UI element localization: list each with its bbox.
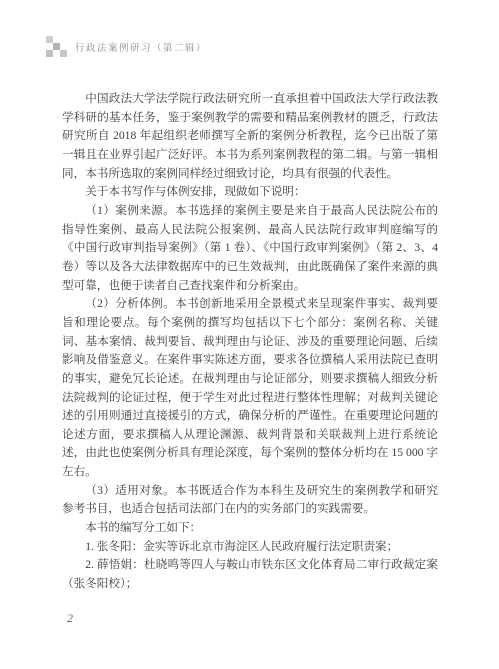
paragraph: （1）案例来源。本书选择的案例主要是来自于最高人民法院公布的指导性案例、最高人民… xyxy=(62,202,438,295)
body-text: 中国政法大学法学院行政法研究所一直承担着中国政法大学行政法教学科研的基本任务，鉴… xyxy=(62,90,438,594)
running-header: 行政法案例研习（第二辑） xyxy=(45,36,207,57)
paragraph: 本书的编写分工如下： xyxy=(62,519,438,538)
paragraph: 2. 薛悟娟：杜晓鸣等四人与鞍山市铁东区文化体育局二审行政裁定案（张冬阳校）； xyxy=(62,556,438,593)
paragraph: 1. 张冬阳：金实等诉北京市海淀区人民政府履行法定职责案； xyxy=(62,538,438,557)
paragraph: 关于本书写作与体例安排，现做如下说明： xyxy=(62,183,438,202)
page-number: 2 xyxy=(67,611,73,626)
publisher-squares-icon xyxy=(45,36,66,57)
paragraph: （2）分析体例。本书创新地采用全景模式来呈现案件事实、裁判要旨和理论要点。每个案… xyxy=(62,295,438,482)
running-head-title: 行政法案例研习（第二辑） xyxy=(75,40,207,54)
paragraph: 中国政法大学法学院行政法研究所一直承担着中国政法大学行政法教学科研的基本任务，鉴… xyxy=(62,90,438,183)
book-page: 行政法案例研习（第二辑） 中国政法大学法学院行政法研究所一直承担着中国政法大学行… xyxy=(0,0,499,669)
paragraph: （3）适用对象。本书既适合作为本科生及研究生的案例教学和研究参考书目，也适合包括… xyxy=(62,482,438,519)
